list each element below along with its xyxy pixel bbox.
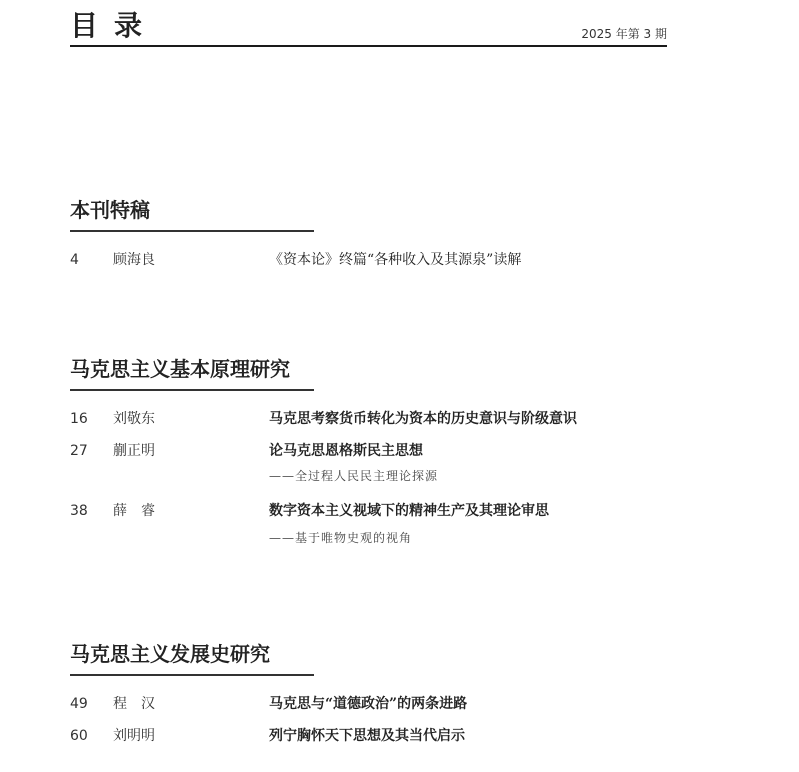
- toc-entry[interactable]: 4 顾海良 《资本论》终篇“各种收入及其源泉”读解: [70, 250, 670, 282]
- author-name: 薛 睿: [113, 501, 155, 521]
- article-title[interactable]: 马克思考察货币转化为资本的历史意识与阶级意识: [269, 409, 577, 429]
- page-number: 49: [70, 694, 88, 714]
- page-number: 38: [70, 501, 88, 521]
- author-name: 顾海良: [113, 250, 155, 270]
- section-divider: [70, 389, 314, 391]
- section-special-feature: 本刊特稿 4 顾海良 《资本论》终篇“各种收入及其源泉”读解: [70, 196, 670, 282]
- page-number: 4: [70, 250, 79, 270]
- section-title: 马克思主义发展史研究: [70, 640, 670, 668]
- toc-entry[interactable]: 60 刘明明 列宁胸怀天下思想及其当代启示: [70, 726, 670, 758]
- toc-entry[interactable]: 38 薛 睿 数字资本主义视域下的精神生产及其理论审思 ——基于唯物史观的视角: [70, 501, 670, 561]
- page-number: 16: [70, 409, 88, 429]
- page-number: 27: [70, 441, 88, 461]
- issue-label: 2025 年第 3 期: [581, 26, 667, 42]
- toc-entry[interactable]: 49 程 汉 马克思与“道德政治”的两条进路: [70, 694, 670, 726]
- article-subtitle: ——全过程人民民主理论探源: [269, 467, 438, 485]
- section-development-history: 马克思主义发展史研究 49 程 汉 马克思与“道德政治”的两条进路 60 刘明明…: [70, 640, 670, 758]
- page-number: 60: [70, 726, 88, 746]
- author-name: 蒯正明: [113, 441, 155, 461]
- article-title[interactable]: 《资本论》终篇“各种收入及其源泉”读解: [269, 250, 521, 270]
- article-subtitle: ——基于唯物史观的视角: [269, 529, 412, 547]
- author-name: 程 汉: [113, 694, 155, 714]
- section-title: 马克思主义基本原理研究: [70, 355, 670, 383]
- article-title[interactable]: 马克思与“道德政治”的两条进路: [269, 694, 467, 714]
- toc-entry[interactable]: 27 蒯正明 论马克思恩格斯民主思想 ——全过程人民民主理论探源: [70, 441, 670, 501]
- article-title[interactable]: 论马克思恩格斯民主思想: [269, 441, 423, 461]
- section-title: 本刊特稿: [70, 196, 670, 224]
- section-divider: [70, 674, 314, 676]
- toc-entry[interactable]: 16 刘敬东 马克思考察货币转化为资本的历史意识与阶级意识: [70, 409, 670, 441]
- section-basic-principles: 马克思主义基本原理研究 16 刘敬东 马克思考察货币转化为资本的历史意识与阶级意…: [70, 355, 670, 561]
- section-divider: [70, 230, 314, 232]
- author-name: 刘敬东: [113, 409, 155, 429]
- page-title: 目录: [70, 8, 158, 44]
- header-divider: [70, 45, 667, 47]
- article-title[interactable]: 数字资本主义视域下的精神生产及其理论审思: [269, 501, 549, 521]
- article-title[interactable]: 列宁胸怀天下思想及其当代启示: [269, 726, 465, 746]
- author-name: 刘明明: [113, 726, 155, 746]
